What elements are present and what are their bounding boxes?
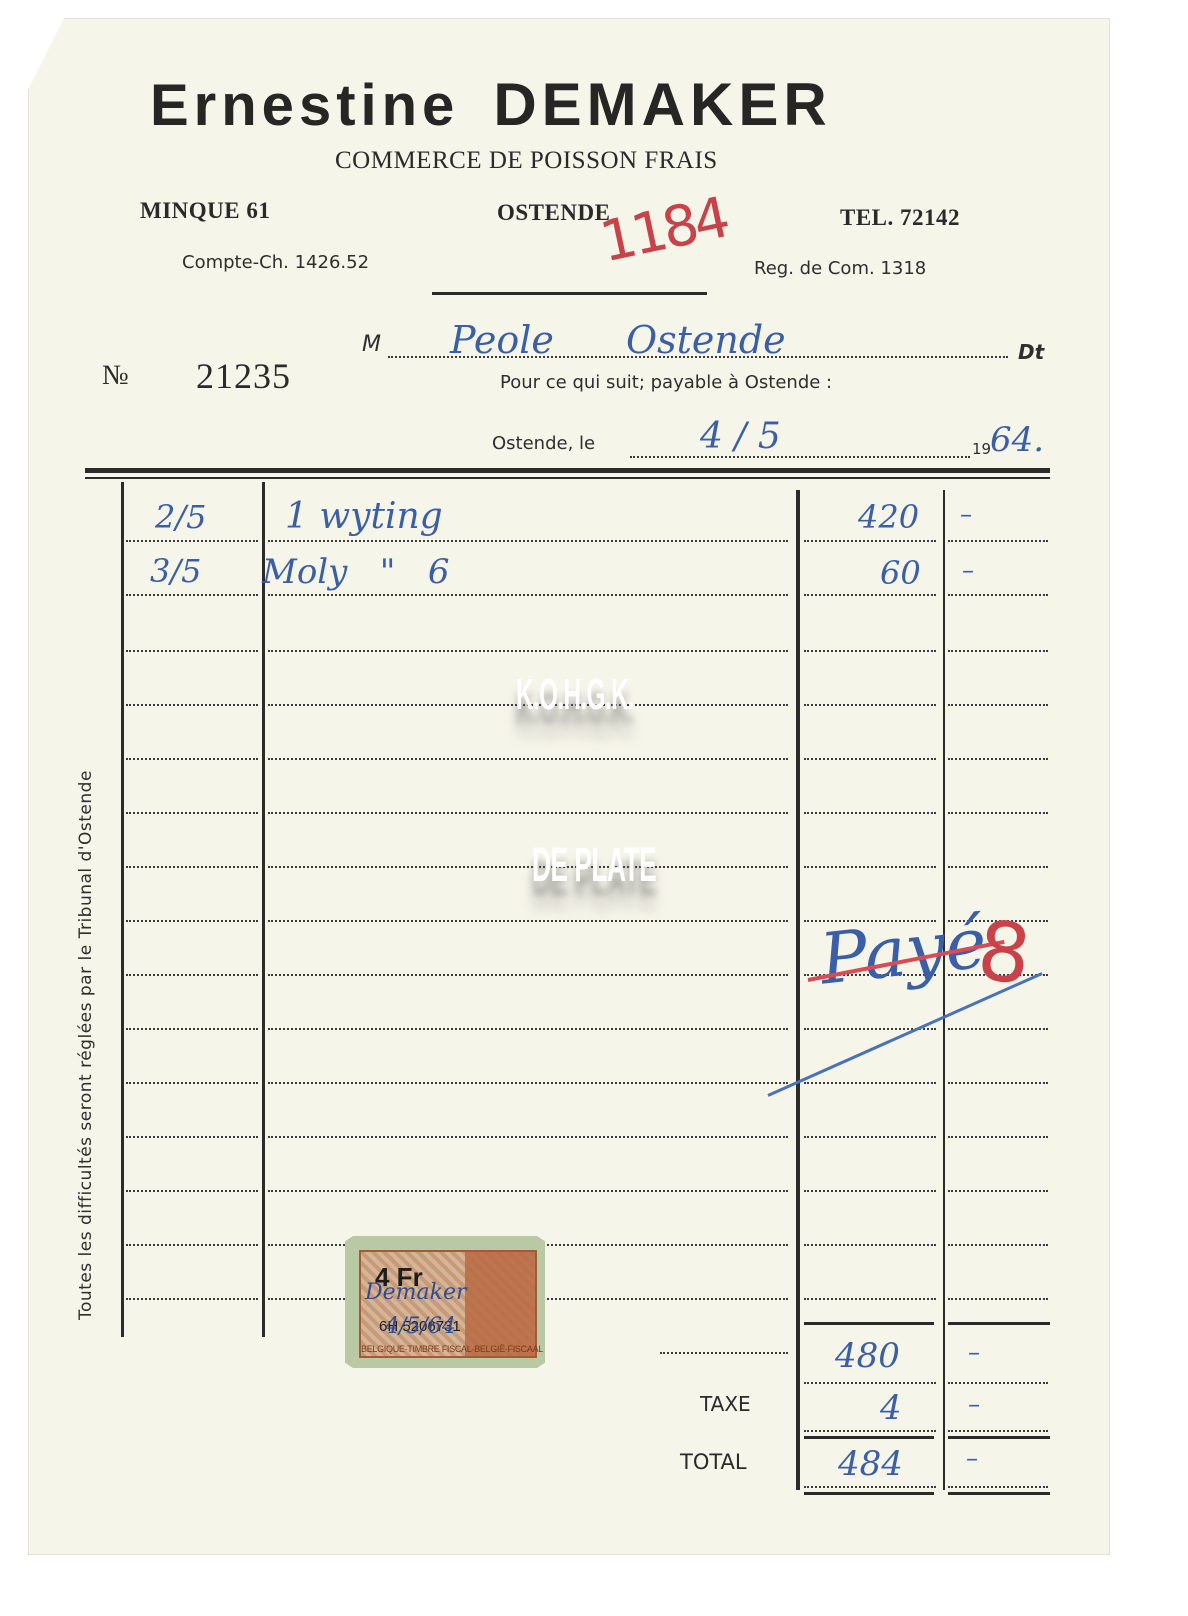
subtotal-value[interactable]: 480 [835, 1336, 900, 1376]
fiscal-stamp: BELGIQUE·TIMBRE FISCAL·BELGIË·FISCAAL ZE… [345, 1236, 545, 1368]
line-item-date[interactable]: 2/5 [155, 498, 207, 536]
subtotal-rule [804, 1322, 934, 1325]
invoice-date[interactable]: 4 / 5 [700, 416, 781, 457]
line-item-description[interactable]: Moly " 6 [262, 552, 449, 592]
line-item-amount[interactable]: 60 [880, 554, 921, 592]
total-line [804, 1486, 936, 1488]
watermark-line1: K.O.H.G.K. [516, 670, 634, 720]
invoice-number: 21235 [196, 355, 291, 397]
subtotal-cents[interactable]: – [968, 1338, 980, 1366]
total-line-cents [948, 1486, 1048, 1488]
company-city: OSTENDE [497, 200, 610, 226]
stamp-signature: Demaker [365, 1280, 467, 1305]
subtotal-rule-cents [948, 1322, 1050, 1325]
subtotal-line-cents [948, 1382, 1048, 1384]
tax-value[interactable]: 4 [880, 1388, 902, 1428]
line-item-cents[interactable]: – [962, 556, 974, 584]
table-top-rule-thin [85, 477, 1050, 479]
debtor-suffix: Dt [1018, 340, 1044, 364]
watermark-line2: DE PLATE [532, 838, 656, 893]
year-suffix[interactable]: 64. [990, 420, 1044, 460]
date-line [630, 456, 970, 458]
customer-prefix: M [362, 332, 381, 357]
col-divider-left [121, 482, 124, 1337]
registry-number: Reg. de Com. 1318 [754, 258, 926, 279]
company-subtitle: COMMERCE DE POISSON FRAIS [335, 147, 718, 175]
company-first-name: Ernestine [150, 73, 459, 138]
stamp-caption: BELGIQUE·TIMBRE FISCAL·BELGIË·FISCAAL ZE… [361, 1344, 535, 1354]
tax-rule-cents [948, 1436, 1050, 1439]
total-label: TOTAL [680, 1450, 747, 1474]
col-divider-amount [796, 490, 800, 1490]
col-divider-cents [943, 490, 945, 1490]
total-cents[interactable]: – [966, 1444, 978, 1472]
tax-rule [804, 1436, 934, 1439]
tax-line-cents [948, 1430, 1048, 1432]
company-last-name: DEMAKER [493, 71, 831, 138]
legal-note: Toutes les difficultés seront réglées pa… [76, 770, 96, 1320]
header-divider [432, 292, 707, 295]
total-rule [804, 1492, 934, 1495]
payment-terms: Pour ce qui suit; payable à Ostende : [500, 372, 832, 393]
company-phone: TEL. 72142 [840, 205, 960, 231]
company-address: MINQUE 61 [140, 198, 270, 224]
line-item-date[interactable]: 3/5 [150, 552, 202, 590]
line-item-description[interactable]: 1 wyting [285, 496, 443, 537]
tax-label: TAXE [700, 1392, 751, 1416]
subtotal-line [804, 1382, 936, 1384]
year-prefix: 19 [972, 440, 991, 458]
customer-name[interactable]: Peole Ostende [450, 318, 786, 362]
tax-line [804, 1430, 936, 1432]
col-divider-date [262, 482, 265, 1337]
total-rule-cents [948, 1492, 1050, 1495]
line-item-amount[interactable]: 420 [858, 498, 919, 536]
stamp-portrait [465, 1252, 535, 1356]
table-top-rule [85, 468, 1050, 473]
stamp-date-written: 4/5/64 [385, 1314, 456, 1339]
total-value[interactable]: 484 [838, 1444, 903, 1484]
number-label: № [102, 360, 129, 392]
place-date-label: Ostende, le [492, 433, 595, 454]
line-item-cents[interactable]: – [960, 500, 972, 528]
tax-cents[interactable]: – [968, 1390, 980, 1418]
company-name: ErnestineDEMAKER [150, 70, 832, 139]
account-number: Compte-Ch. 1426.52 [182, 252, 369, 273]
